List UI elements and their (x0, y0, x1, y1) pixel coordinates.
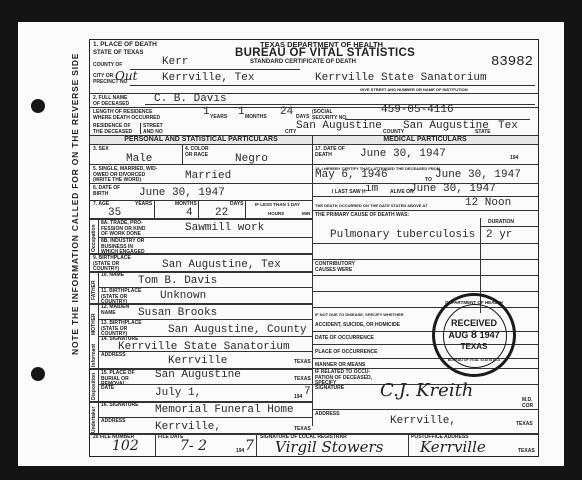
occurred-label: THE DEATH OCCURRED ON THE DATE STATED AB… (315, 203, 427, 209)
dob-label: 6. DATE OFBIRTH (93, 186, 120, 197)
stamp-month: AUG (448, 330, 468, 340)
death-certificate-form: 1. PLACE OF DEATH STATE OF TEXAS TEXAS D… (89, 39, 539, 457)
street-label: STREETAND NO (143, 124, 163, 135)
residence-length-label: LENGTH OF RESIDENCEWHERE DEATH OCCURRED (93, 110, 160, 121)
undertaker-address-label: ADDRESS (101, 419, 125, 425)
last-saw-date: June 30, 1947 (410, 183, 496, 195)
stamp-day: 8 (471, 329, 477, 341)
file-date-value: 7- 2 (180, 438, 207, 454)
trade-value: Sawmill work (185, 222, 264, 234)
contributory-label: CONTRIBUTORYCAUSES WERE (315, 262, 355, 273)
physician-signature-label: SIGNATURE (315, 386, 344, 392)
postoffice-state: TEXAS (518, 449, 535, 455)
undertaker-state: TEXAS (294, 427, 311, 433)
stamp-date: AUG 8 1947 (435, 329, 513, 341)
days-value: 24 (280, 106, 293, 118)
registrar-signature: Virgil Stowers (275, 438, 383, 456)
state-label: STATE OF TEXAS (93, 50, 143, 56)
physician-state: TEXAS (516, 422, 533, 428)
form-title: STANDARD CERTIFICATE OF DEATH (250, 59, 356, 65)
undertaker-signature-label: 16. SIGNATURE (101, 403, 138, 409)
burial-state: TEXAS (294, 377, 311, 383)
stamp-year: 1947 (480, 330, 500, 340)
less-than-day-label: IF LESS THAN 1 DAY (255, 202, 300, 208)
burial-year-prefix: 194 (294, 395, 302, 401)
trade-label: 8A. TRADE, PRO-FESSION OR KINDOF WORK DO… (101, 221, 145, 238)
occurred-time: 12 Noon (465, 197, 511, 209)
min-label: MIN (302, 211, 310, 217)
institution-label: GIVE STREET AND NUMBER OR NAME OF INSTIT… (360, 87, 468, 93)
months-label: MONTHS (245, 115, 267, 121)
punch-hole-bottom (31, 367, 45, 381)
ssn-value: 459-05-4116 (381, 104, 454, 116)
marital-value: Married (185, 170, 231, 182)
physician-address-value: Kerrville, (390, 415, 456, 427)
burial-place-value: San Augustine (155, 369, 241, 381)
marital-label: 5. SINGLE, MARRIED, WID-OWED OR DIVORCED… (93, 167, 157, 184)
external-label-2: ACCIDENT, SUICIDE, OR HOMICIDE (315, 323, 400, 329)
death-date-value: June 30, 1947 (360, 148, 446, 160)
father-group-label: FATHER (91, 280, 97, 300)
residence-state-value: Tex (498, 120, 518, 132)
father-name-label: 10. NAME (101, 273, 124, 279)
personal-section-header: PERSONAL AND STATISTICAL PARTICULARS (90, 135, 312, 145)
external-label-1: IF NOT DUE TO DISEASE, SPECIFY WHETHER (315, 312, 404, 318)
primary-cause-value: Pulmonary tuberculosis (330, 229, 475, 241)
primary-cause-label: THE PRIMARY CAUSE OF DEATH WAS: (315, 213, 409, 219)
file-number-value: 102 (112, 438, 139, 454)
occupation-group-label: Occupation (91, 224, 97, 252)
place-of-death-label: 1. PLACE OF DEATH (93, 41, 157, 48)
stamp-top-arc: DEPARTMENT OF HEALTH (435, 300, 513, 305)
undertaker-address-value: Kerrville, (155, 421, 221, 433)
postoffice-value: Kerrville (420, 438, 486, 456)
birthplace-value: San Augustine, Tex (162, 259, 281, 271)
color-label: 4. COLOROR RACE (185, 147, 209, 158)
physician-address-label: ADDRESS (315, 412, 339, 418)
months-value: 1 (238, 106, 245, 118)
occurrence-place-label: PLACE OF OCCURRENCE (315, 350, 378, 356)
mother-maiden-label: 12. MAIDENNAME (101, 305, 129, 316)
sex-label: 3. SEX (93, 147, 109, 153)
residence-label: RESIDENCE OFTHE DECEASED (93, 124, 132, 135)
father-name-value: Tom B. Davis (138, 275, 217, 287)
stamp-bottom-arc: BUREAU OF VITAL STATISTICS (435, 358, 513, 362)
death-date-label: 17. DATE OFDEATH (315, 147, 345, 158)
undertaker-signature-value: Memorial Funeral Home (155, 404, 294, 416)
file-year-suffix: 7 (245, 438, 254, 454)
last-saw-suffix: im (365, 183, 378, 195)
attended-to-value: June 30, 1947 (435, 169, 521, 181)
informant-address-label: ADDRESS (101, 353, 125, 359)
full-name-label: 2. FULL NAMEOF DECEASED (93, 96, 129, 107)
death-year-label: 194 (510, 156, 518, 162)
received-stamp: DEPARTMENT OF HEALTH RECEIVED AUG 8 1947… (432, 293, 516, 377)
burial-date-label: DATE (101, 386, 114, 392)
years-label: YEARS (210, 115, 227, 121)
age-years-label: YEARS (135, 202, 152, 208)
mother-group-label: MOTHER (91, 313, 97, 335)
undertaker-group-label: Undertaker (91, 407, 97, 433)
institution-value: Kerrville State Sanatorium (315, 72, 487, 84)
file-year-prefix: 194 (236, 449, 244, 455)
last-saw-label: I LAST SAW H (332, 190, 366, 196)
county-label: COUNTY OF (93, 63, 122, 69)
city-annotation: Out (115, 69, 137, 83)
hours-label: HOURS (268, 211, 284, 217)
stamp-texas: TEXAS (435, 342, 513, 351)
punch-hole-top (31, 99, 45, 113)
attended-from-value: May 6, 1946 (315, 169, 388, 181)
informant-group-label: Informant (91, 344, 97, 367)
duration-value: 2 yr (486, 229, 512, 241)
certificate-number: 83982 (491, 54, 533, 70)
burial-year-suffix: 7 (304, 386, 311, 398)
physician-signature: C.J. Kreith (380, 380, 473, 401)
years-value: 1 (203, 106, 210, 118)
residence-city-value: San Augustine (296, 120, 382, 132)
father-birthplace-value: Unknown (160, 290, 206, 302)
age-label: 7. AGE (93, 202, 109, 208)
county-value: Kerr (162, 56, 188, 68)
stamp-received: RECEIVED (435, 318, 513, 328)
medical-section-header: MEDICAL PARTICULARS (312, 135, 538, 145)
informant-address-value: Kerrville (168, 355, 227, 367)
duration-label: DURATION (488, 220, 514, 226)
disposition-group-label: Disposition (91, 373, 97, 400)
city-value: Kerrville, Tex (162, 72, 254, 84)
age-days-label: DAYS (230, 202, 243, 208)
bureau-title: BUREAU OF VITAL STATISTICS (235, 47, 415, 59)
mother-maiden-value: Susan Brooks (138, 307, 217, 319)
informant-state: TEXAS (294, 360, 311, 366)
dob-value: June 30, 1947 (139, 187, 225, 199)
burial-date-value: July 1, (155, 387, 201, 399)
mother-birthplace-value: San Augustine, County (168, 324, 307, 336)
occurrence-date-label: DATE OF OCCURRENCE (315, 336, 374, 342)
reverse-side-note: NOTE THE INFORMATION CALLED FOR ON THE R… (70, 53, 80, 355)
